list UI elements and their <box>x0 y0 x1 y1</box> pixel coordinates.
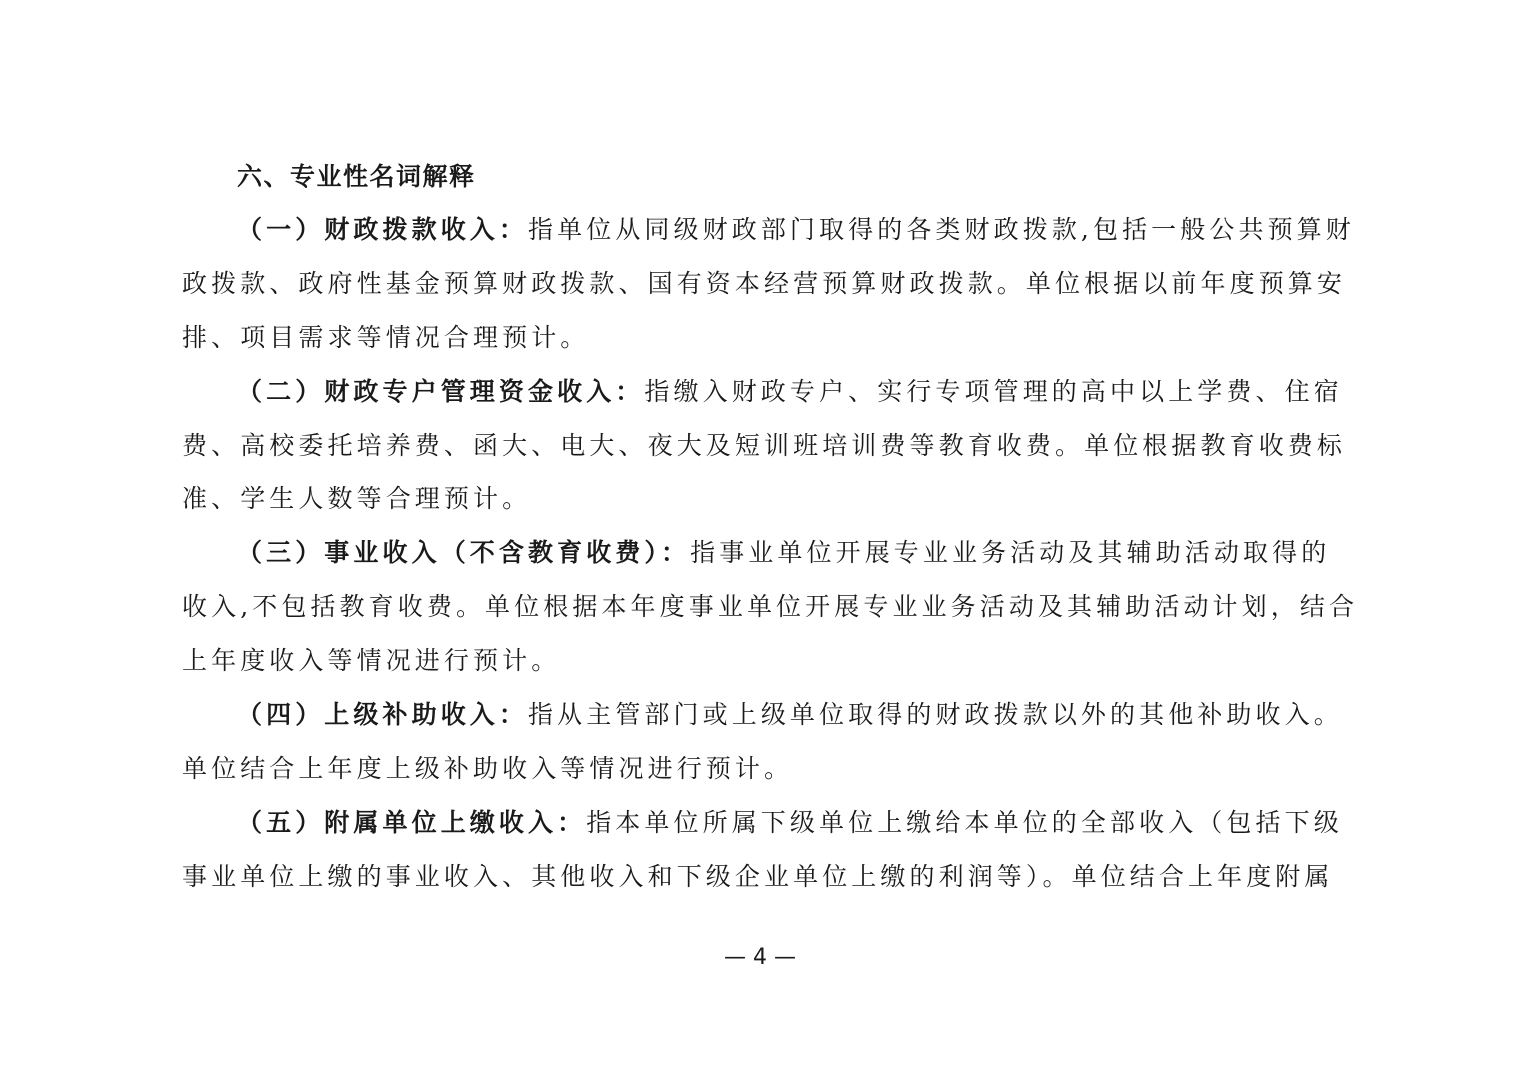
item-4-text: 指从主管部门或上级单位取得的财政拨款以外的其他补助收入。 <box>528 700 1343 729</box>
item-5-term: （五）附属单位上缴收入： <box>237 808 586 837</box>
item-4-term: （四）上级补助收入： <box>237 700 528 729</box>
item-3-line-2: 收入,不包括教育收费。单位根据本年度事业单位开展专业业务活动及其辅助活动计划，结… <box>182 580 1330 634</box>
item-1-text: 指单位从同级财政部门取得的各类财政拨款,包括一般公共预算财 <box>528 215 1355 244</box>
item-5-line-2: 事业单位上缴的事业收入、其他收入和下级企业单位上缴的利润等）。单位结合上年度附属 <box>182 850 1330 904</box>
item-2-line-3: 准、学生人数等合理预计。 <box>182 472 1330 526</box>
item-4-line-1: （四）上级补助收入：指从主管部门或上级单位取得的财政拨款以外的其他补助收入。 <box>237 688 1330 742</box>
item-2-text: 指缴入财政专户、实行专项管理的高中以上学费、住宿 <box>644 377 1342 406</box>
item-3-term: （三）事业收入（不含教育收费）： <box>237 538 690 567</box>
item-1-term: （一）财政拨款收入： <box>237 215 528 244</box>
section-heading: 六、专业性名词解释 <box>237 150 476 204</box>
item-5-text: 指本单位所属下级单位上缴给本单位的全部收入（包括下级 <box>586 808 1343 837</box>
item-2-line-2: 费、高校委托培养费、函大、电大、夜大及短训班培训费等教育收费。单位根据教育收费标 <box>182 419 1330 473</box>
page-number: — 4 — <box>0 940 1520 976</box>
item-3-line-3: 上年度收入等情况进行预计。 <box>182 634 1330 688</box>
item-1-line-2: 政拨款、政府性基金预算财政拨款、国有资本经营预算财政拨款。单位根据以前年度预算安 <box>182 257 1330 311</box>
document-page: 六、专业性名词解释 （一）财政拨款收入：指单位从同级财政部门取得的各类财政拨款,… <box>0 0 1520 1074</box>
item-2-term: （二）财政专户管理资金收入： <box>237 377 644 406</box>
item-5-line-1: （五）附属单位上缴收入：指本单位所属下级单位上缴给本单位的全部收入（包括下级 <box>237 796 1330 850</box>
item-2-line-1: （二）财政专户管理资金收入：指缴入财政专户、实行专项管理的高中以上学费、住宿 <box>237 365 1330 419</box>
item-1-line-3: 排、项目需求等情况合理预计。 <box>182 311 1330 365</box>
item-1-line-1: （一）财政拨款收入：指单位从同级财政部门取得的各类财政拨款,包括一般公共预算财 <box>237 203 1330 257</box>
item-3-line-1: （三）事业收入（不含教育收费）：指事业单位开展专业业务活动及其辅助活动取得的 <box>237 526 1330 580</box>
item-4-line-2: 单位结合上年度上级补助收入等情况进行预计。 <box>182 742 1330 796</box>
item-3-text: 指事业单位开展专业业务活动及其辅助活动取得的 <box>690 538 1330 567</box>
